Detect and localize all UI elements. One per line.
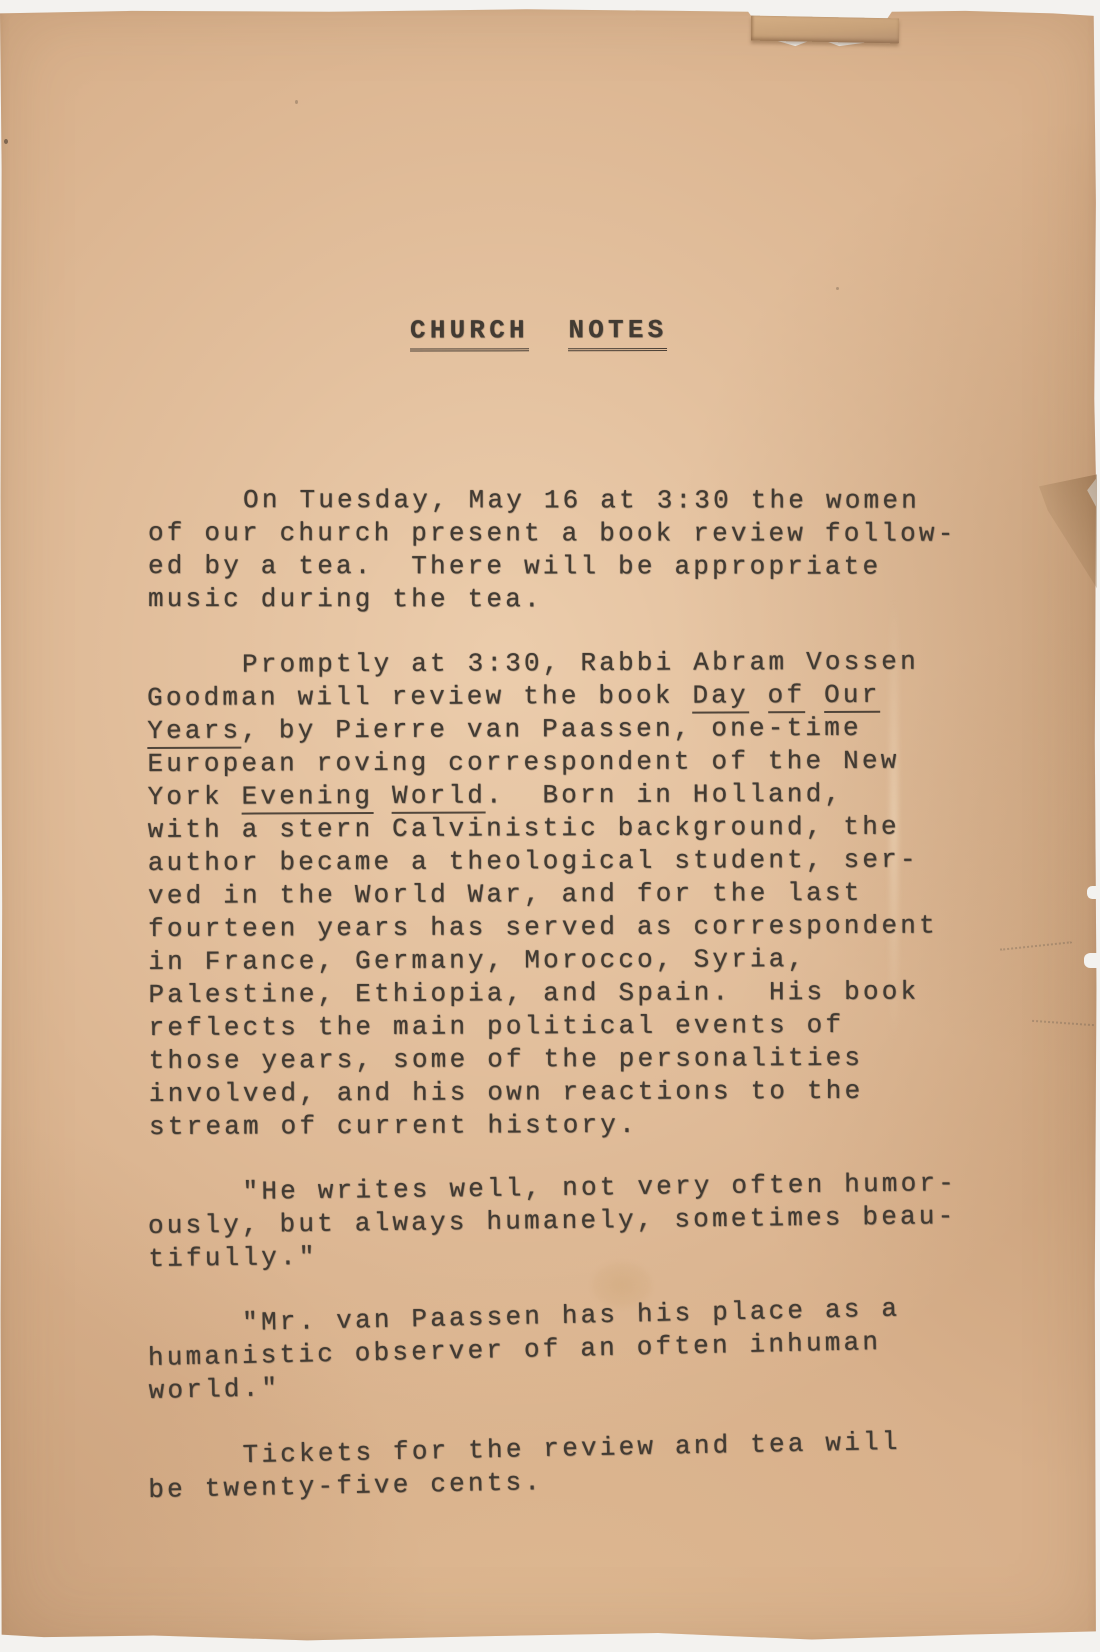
- underlined-text: CHURCH: [410, 315, 529, 351]
- text-segment: [529, 315, 569, 345]
- text-segment: music during the tea.: [148, 584, 543, 614]
- text-segment: , by Pierre van Paassen, one-time: [241, 713, 862, 746]
- edge-nick: [1084, 953, 1100, 968]
- paragraph: Tickets for the review and tea willbe tw…: [147, 1424, 988, 1507]
- text-segment: ed by a tea. There will be appropriate: [148, 551, 881, 582]
- typed-line: York Evening World. Born in Holland,: [147, 777, 987, 814]
- text-segment: Palestine, Ethiopia, and Spain. His book: [148, 977, 919, 1010]
- text-segment: [805, 680, 824, 710]
- typed-line: Promptly at 3:30, Rabbi Abram Vossen: [147, 645, 987, 682]
- text-segment: in France, Germany, Morocco, Syria,: [148, 944, 806, 977]
- text-segment: world.": [148, 1373, 280, 1406]
- text-segment: . Born in Holland,: [486, 779, 843, 811]
- text-segment: European roving correspondent of the New: [147, 746, 899, 779]
- typed-line: Palestine, Ethiopia, and Spain. His book: [148, 975, 988, 1012]
- text-segment: Promptly at 3:30, Rabbi Abram Vossen: [242, 647, 919, 680]
- scanned-document: CHURCH NOTES On Tuesday, May 16 at 3:30 …: [0, 0, 1100, 1652]
- underlined-text: Our: [824, 680, 881, 713]
- text-segment: reflects the main political events of: [149, 1010, 845, 1043]
- underlined-text: Day: [692, 680, 749, 713]
- paragraph: On Tuesday, May 16 at 3:30 the womenof o…: [148, 484, 988, 617]
- underlined-text: NOTES: [568, 315, 667, 351]
- typed-line: involved, and his own reactions to the: [149, 1074, 989, 1111]
- typed-text: CHURCH NOTES On Tuesday, May 16 at 3:30 …: [148, 248, 988, 1540]
- typed-line: stream of current history.: [149, 1107, 989, 1144]
- text-segment: On Tuesday, May 16 at 3:30 the women: [243, 485, 920, 516]
- text-segment: York: [148, 782, 242, 812]
- typed-line: On Tuesday, May 16 at 3:30 the women: [148, 484, 988, 518]
- paper-speck: [295, 100, 298, 104]
- paragraph: "He writes well, not very often humor-ou…: [147, 1167, 988, 1276]
- paragraph: Promptly at 3:30, Rabbi Abram VossenGood…: [147, 645, 989, 1144]
- text-segment: involved, and his own reactions to the: [149, 1076, 864, 1109]
- typed-line: ved in the World War, and for the last: [148, 876, 988, 913]
- page-title: CHURCH NOTES: [410, 313, 988, 347]
- typed-line: those years, some of the personalities: [149, 1041, 989, 1078]
- underlined-text: Evening: [242, 781, 374, 815]
- text-segment: ved in the World War, and for the last: [148, 878, 863, 911]
- text-segment: [749, 680, 768, 710]
- underlined-text: World: [392, 781, 486, 814]
- typed-line: music during the tea.: [148, 583, 988, 617]
- edge-nick: [1087, 886, 1100, 899]
- text-segment: author became a theological student, ser…: [148, 845, 919, 878]
- typed-line: author became a theological student, ser…: [148, 843, 988, 880]
- paragraph: "Mr. van Paassen has his place as ahuman…: [147, 1291, 989, 1408]
- text-segment: stream of current history.: [149, 1110, 638, 1142]
- text-segment: fourteen years has served as corresponde…: [148, 911, 938, 944]
- text-segment: Goodman will review the book: [147, 681, 692, 713]
- text-segment: of our church present a book review foll…: [148, 518, 957, 549]
- text-segment: with a stern Calvinistic background, the: [148, 812, 900, 845]
- text-segment: those years, some of the personalities: [149, 1043, 864, 1076]
- typed-line: Goodman will review the book Day of Our: [147, 678, 987, 715]
- underlined-text: of: [768, 680, 806, 713]
- typed-line: reflects the main political events of: [149, 1008, 989, 1045]
- paper-speck: [4, 139, 8, 144]
- text-segment: be twenty-five cents.: [148, 1467, 543, 1505]
- typed-line: European roving correspondent of the New: [147, 744, 987, 781]
- tape-strip: [751, 16, 899, 44]
- typed-line: ed by a tea. There will be appropriate: [148, 550, 988, 584]
- typed-line: in France, Germany, Morocco, Syria,: [148, 942, 988, 979]
- typed-line: fourteen years has served as corresponde…: [148, 909, 988, 946]
- typed-line: Years, by Pierre van Paassen, one-time: [147, 711, 987, 748]
- underlined-text: Years: [147, 716, 241, 749]
- typed-line: with a stern Calvinistic background, the: [148, 810, 988, 847]
- text-segment: tifully.": [148, 1242, 318, 1274]
- typed-line: of our church present a book review foll…: [148, 517, 988, 551]
- text-segment: [373, 781, 392, 811]
